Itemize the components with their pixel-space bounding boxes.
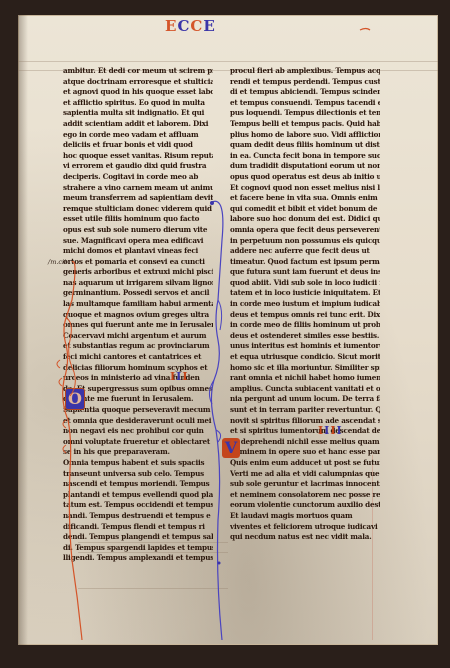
red-flourish	[63, 262, 82, 640]
pen-flourishes	[0, 0, 450, 668]
blue-flourish	[211, 201, 222, 640]
